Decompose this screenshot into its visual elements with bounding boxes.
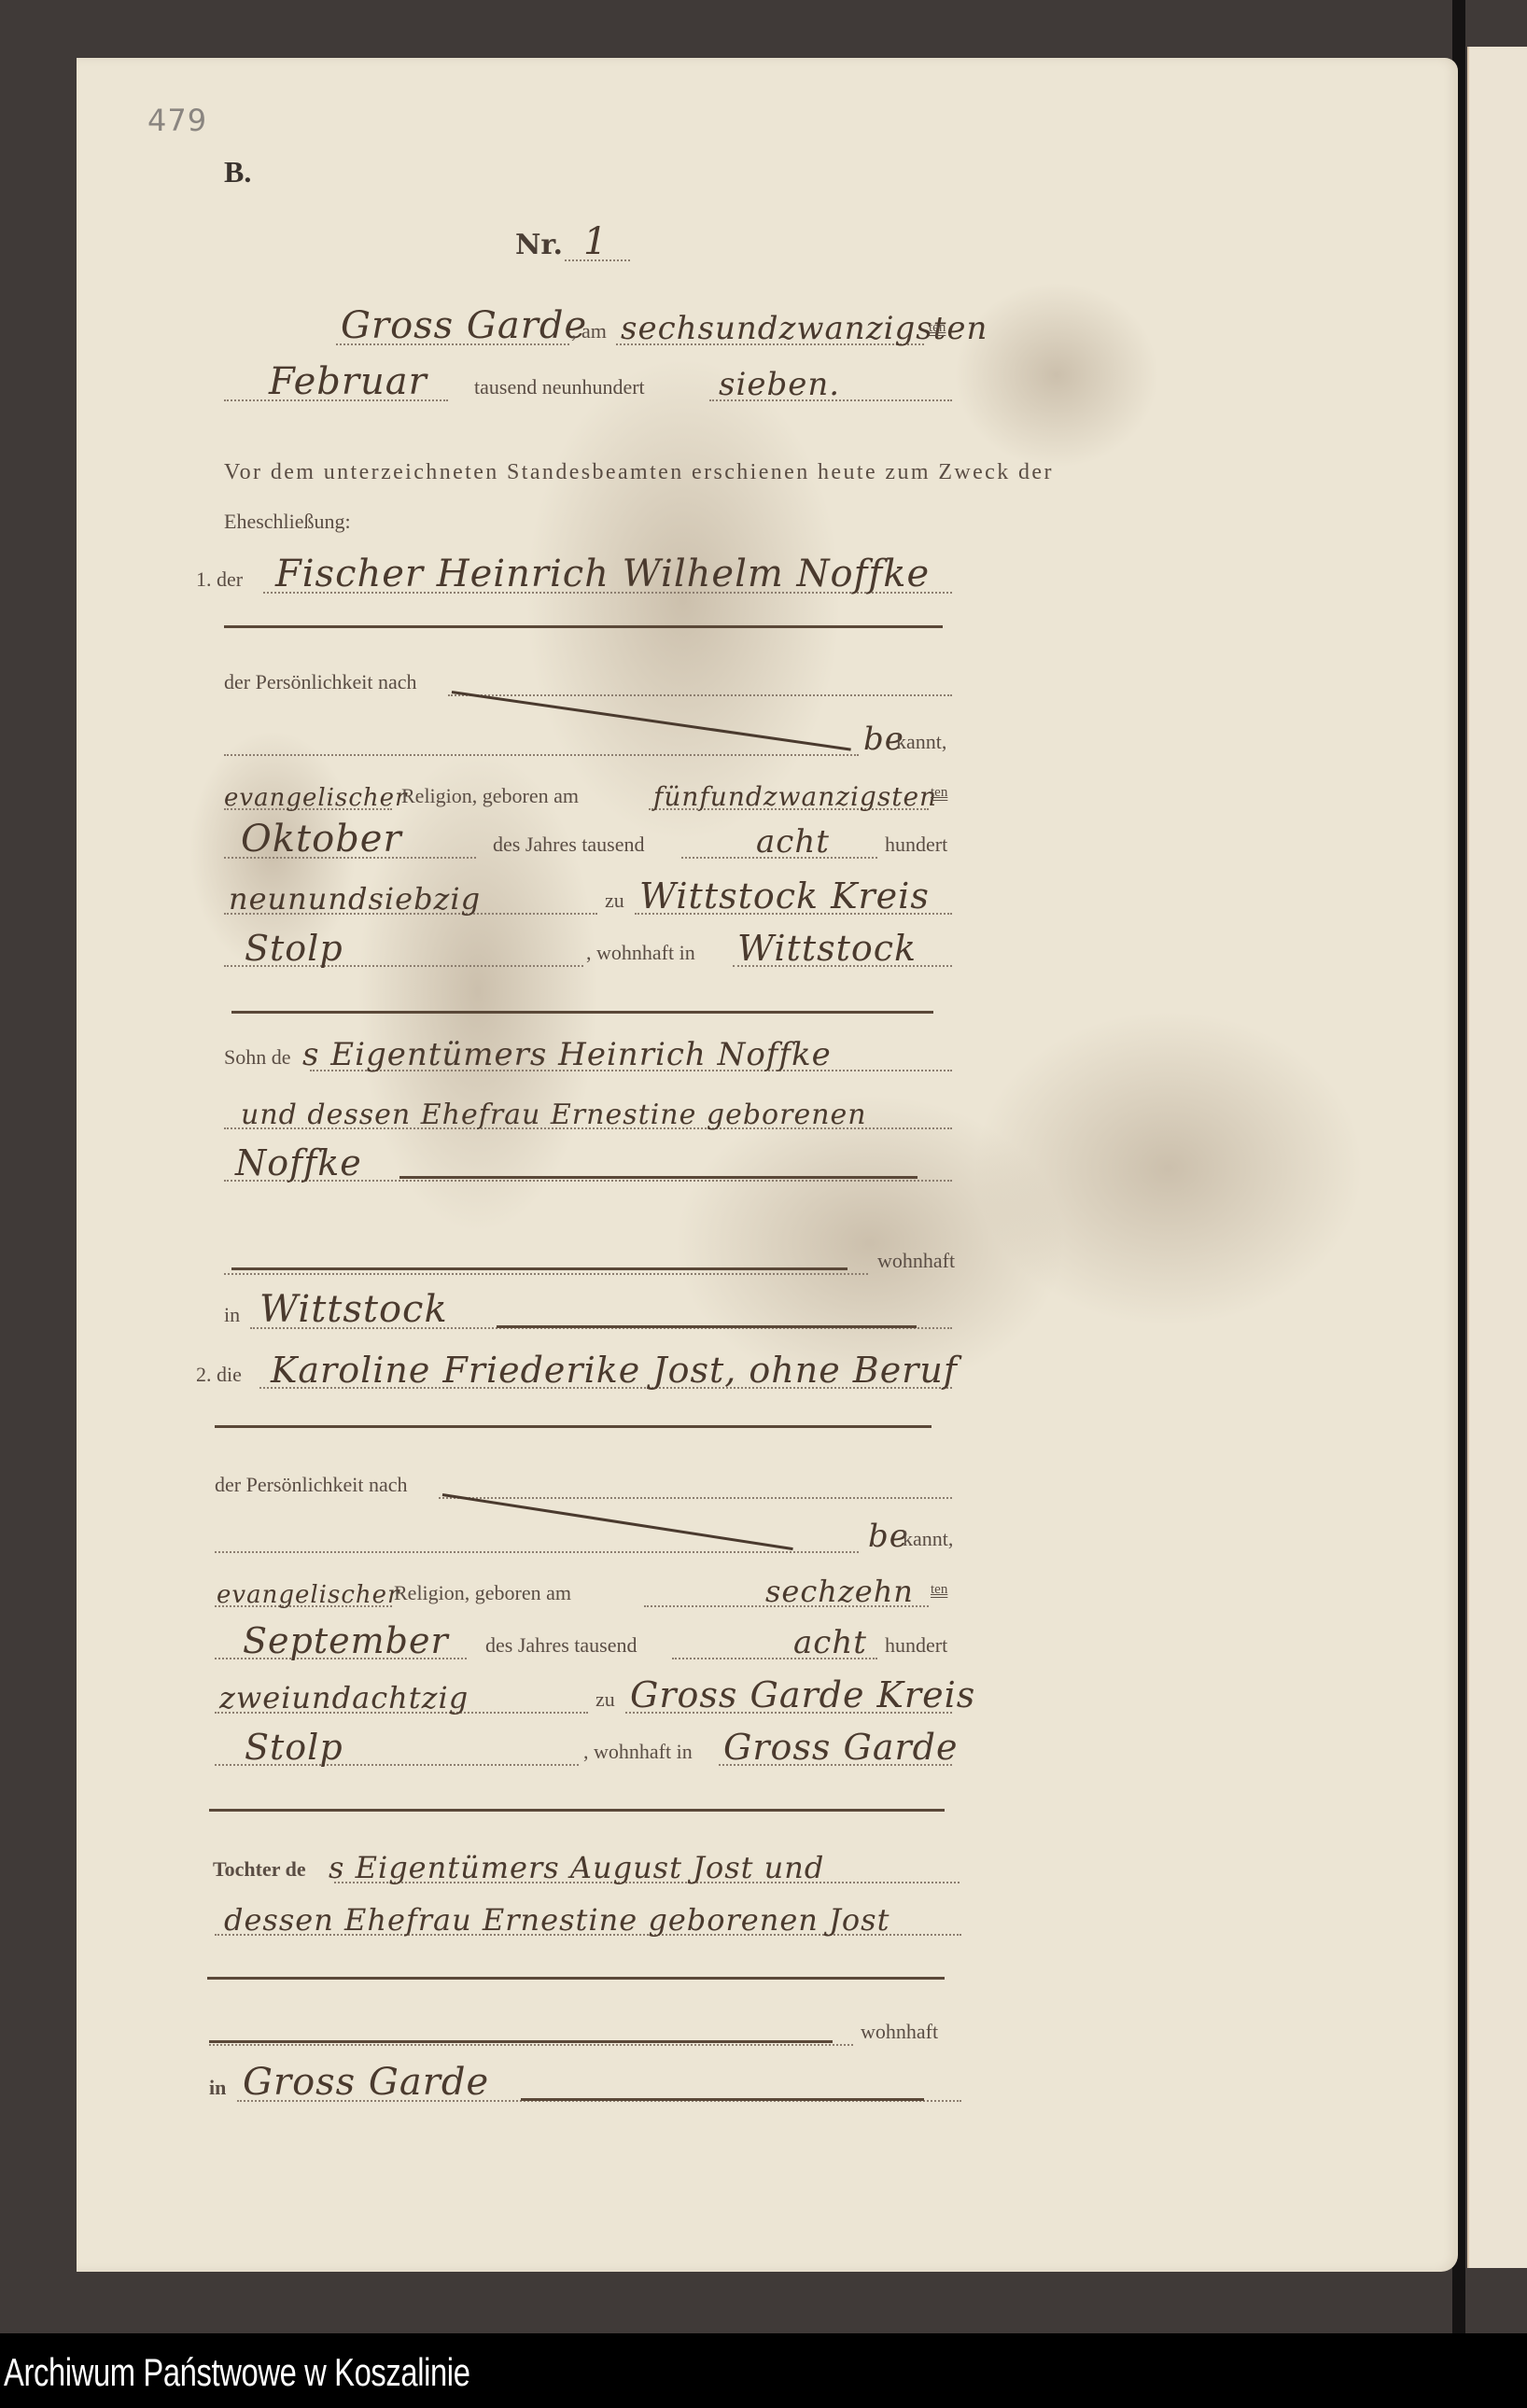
bride-birth-place-line: zweiundachtzig zu Gross Garde Kreis — [224, 1676, 952, 1717]
residence: Gross Garde — [723, 1727, 958, 1768]
parents-label: Sohn de — [224, 1045, 291, 1070]
groom-known-line: be kannt, — [224, 719, 952, 760]
bride-known-line: be kannt, — [224, 1516, 952, 1557]
groom-birth-place-line: neunundsiebzig zu Wittstock Kreis — [224, 877, 952, 918]
parents-residence: Gross Garde — [243, 2061, 489, 2104]
am-label: , am — [571, 319, 607, 343]
nr-label: Nr. — [515, 229, 563, 261]
archive-page-number: 479 — [147, 103, 207, 138]
month: Februar — [269, 360, 427, 403]
fill-rule — [521, 2098, 924, 2101]
entry-number: 1 — [583, 220, 608, 263]
groom-parents-residence-line: wohnhaft — [224, 1238, 952, 1279]
bride-parents-line-2: dessen Ehefrau Ernestine geborenen Jost — [224, 1898, 952, 1939]
birth-place: Wittstock Kreis — [639, 875, 930, 917]
fill-rule — [209, 2040, 833, 2043]
religion-label: Religion, geboren am — [394, 1581, 571, 1605]
parents-line: Noffke — [235, 1142, 362, 1183]
place: Gross Garde — [341, 304, 587, 347]
parents-line: s Eigentümers August Jost und — [329, 1850, 824, 1885]
fill-rule — [399, 1176, 918, 1179]
birth-day: sechzehn — [765, 1574, 914, 1609]
residence: Wittstock — [737, 928, 917, 969]
birth-century: acht — [756, 823, 830, 861]
bride-parents-residence-line: wohnhaft — [224, 2009, 952, 2050]
birth-month: Oktober — [241, 818, 402, 861]
dotted-field — [209, 2044, 853, 2046]
groom-parents-line-2: und dessen Ehefrau Ernestine geborenen — [224, 1092, 952, 1133]
zu-label: zu — [595, 1687, 615, 1712]
stain — [973, 1010, 1365, 1327]
identity-label: der Persönlichkeit nach — [215, 1473, 408, 1497]
groom-name-line: 1. der Fischer Heinrich Wilhelm Noffke — [224, 556, 952, 597]
ten-suffix: ten — [931, 1582, 947, 1598]
archive-caption: Archiwum Państwowe w Koszalinie — [4, 2350, 470, 2395]
groom-name: Fischer Heinrich Wilhelm Noffke — [275, 553, 930, 595]
identity-label: der Persönlichkeit nach — [224, 670, 417, 694]
birth-month: September — [243, 1620, 449, 1661]
year-written: sieben. — [719, 366, 840, 403]
groom-residence-line: Stolp , wohnhaft in Wittstock — [224, 930, 952, 971]
in-label: in — [209, 2076, 226, 2100]
dotted-field — [439, 1497, 952, 1499]
bride-religion-line: evangelischer Religion, geboren am sechz… — [224, 1570, 952, 1611]
hundert-label: hundert — [885, 1633, 947, 1658]
fill-rule — [207, 1977, 945, 1980]
intro-text: Vor dem unterzeichneten Standesbeamten e… — [224, 460, 1054, 485]
birth-century: acht — [793, 1624, 867, 1661]
month-year-line: Februar tausend neunhundert sieben. — [224, 364, 952, 405]
residence-label: , wohnhaft in — [586, 941, 695, 965]
fill-rule — [215, 1425, 932, 1428]
zu-label: zu — [605, 889, 624, 913]
fill-rule — [209, 1809, 945, 1812]
fill-rule — [231, 1011, 933, 1014]
fill-rule — [224, 625, 943, 628]
parents-label: Tochter de — [213, 1857, 306, 1882]
bride-parents-residence-place-line: in Gross Garde — [224, 2065, 952, 2106]
year-label: des Jahres tausend — [493, 833, 645, 857]
religion-label: Religion, geboren am — [401, 784, 579, 808]
dotted-field — [224, 1273, 868, 1275]
groom-prefix: 1. der — [196, 567, 243, 592]
bride-residence-line: Stolp , wohnhaft in Gross Garde — [224, 1729, 952, 1770]
ten-suffix: ten — [931, 785, 947, 801]
birth-place-cont: Stolp — [245, 1727, 343, 1768]
wohnhaft-label: wohnhaft — [861, 2020, 938, 2044]
in-label: in — [224, 1303, 240, 1327]
stain — [525, 357, 842, 842]
groom-identity-line: der Persönlichkeit nach — [224, 659, 952, 700]
wohnhaft-label: wohnhaft — [877, 1249, 955, 1273]
entry-number-line: Nr. 1 — [224, 224, 952, 265]
bride-identity-line: der Persönlichkeit nach — [224, 1462, 952, 1503]
birth-place: Gross Garde Kreis — [630, 1674, 975, 1715]
intro-line-1: Vor dem unterzeichneten Standesbeamten e… — [224, 450, 952, 491]
place-date-line: Gross Garde , am sechsundzwanzigsten ten — [224, 308, 952, 349]
fill-rule — [497, 1325, 917, 1328]
bride-name: Karoline Friederike Jost, ohne Beruf — [271, 1350, 958, 1391]
year-printed: tausend neunhundert — [474, 375, 645, 399]
parents-line: s Eigentümers Heinrich Noffke — [302, 1036, 832, 1073]
known-printed: kannt, — [903, 1527, 953, 1551]
groom-parents-residence-place-line: in Wittstock — [224, 1292, 952, 1333]
groom-religion-line: evangelischer Religion, geboren am fünfu… — [224, 773, 952, 814]
birth-day: fünfundzwanzigsten — [653, 781, 937, 812]
ten-suffix: ten — [929, 320, 946, 336]
fill-rule — [231, 1267, 848, 1270]
parents-residence: Wittstock — [259, 1288, 448, 1331]
year-label: des Jahres tausend — [485, 1633, 637, 1658]
intro-text: Eheschließung: — [224, 510, 351, 534]
religion: evangelischer — [224, 784, 407, 812]
bride-name-line: 2. die Karoline Friederike Jost, ohne Be… — [224, 1351, 952, 1393]
hundert-label: hundert — [885, 833, 947, 857]
birth-place-cont: Stolp — [245, 928, 343, 969]
groom-parents-line-1: Sohn de s Eigentümers Heinrich Noffke — [224, 1034, 952, 1075]
religion: evangelischer — [217, 1581, 399, 1609]
bride-birth-month-line: September des Jahres tausend acht hunder… — [224, 1622, 952, 1663]
residence-label: , wohnhaft in — [583, 1740, 693, 1764]
bride-prefix: 2. die — [196, 1363, 242, 1387]
known-printed: kannt, — [896, 730, 946, 754]
bride-parents-line-1: Tochter de s Eigentümers August Jost und — [224, 1846, 952, 1887]
next-page-edge — [1467, 47, 1527, 2268]
dotted-field — [448, 694, 952, 696]
parents-line: und dessen Ehefrau Ernestine geborenen — [241, 1099, 867, 1131]
groom-parents-line-3: Noffke — [224, 1144, 952, 1185]
dotted-field — [224, 754, 859, 756]
section-letter: B. — [224, 155, 251, 189]
dotted-field — [215, 1551, 859, 1553]
groom-birth-month-line: Oktober des Jahres tausend acht hundert — [224, 821, 952, 862]
birth-year-rest: zweiundachtzig — [219, 1680, 469, 1715]
parents-line: dessen Ehefrau Ernestine geborenen Jost — [224, 1902, 890, 1938]
intro-line-2: Eheschließung: — [224, 498, 952, 539]
birth-year-rest: neunundsiebzig — [229, 881, 481, 917]
